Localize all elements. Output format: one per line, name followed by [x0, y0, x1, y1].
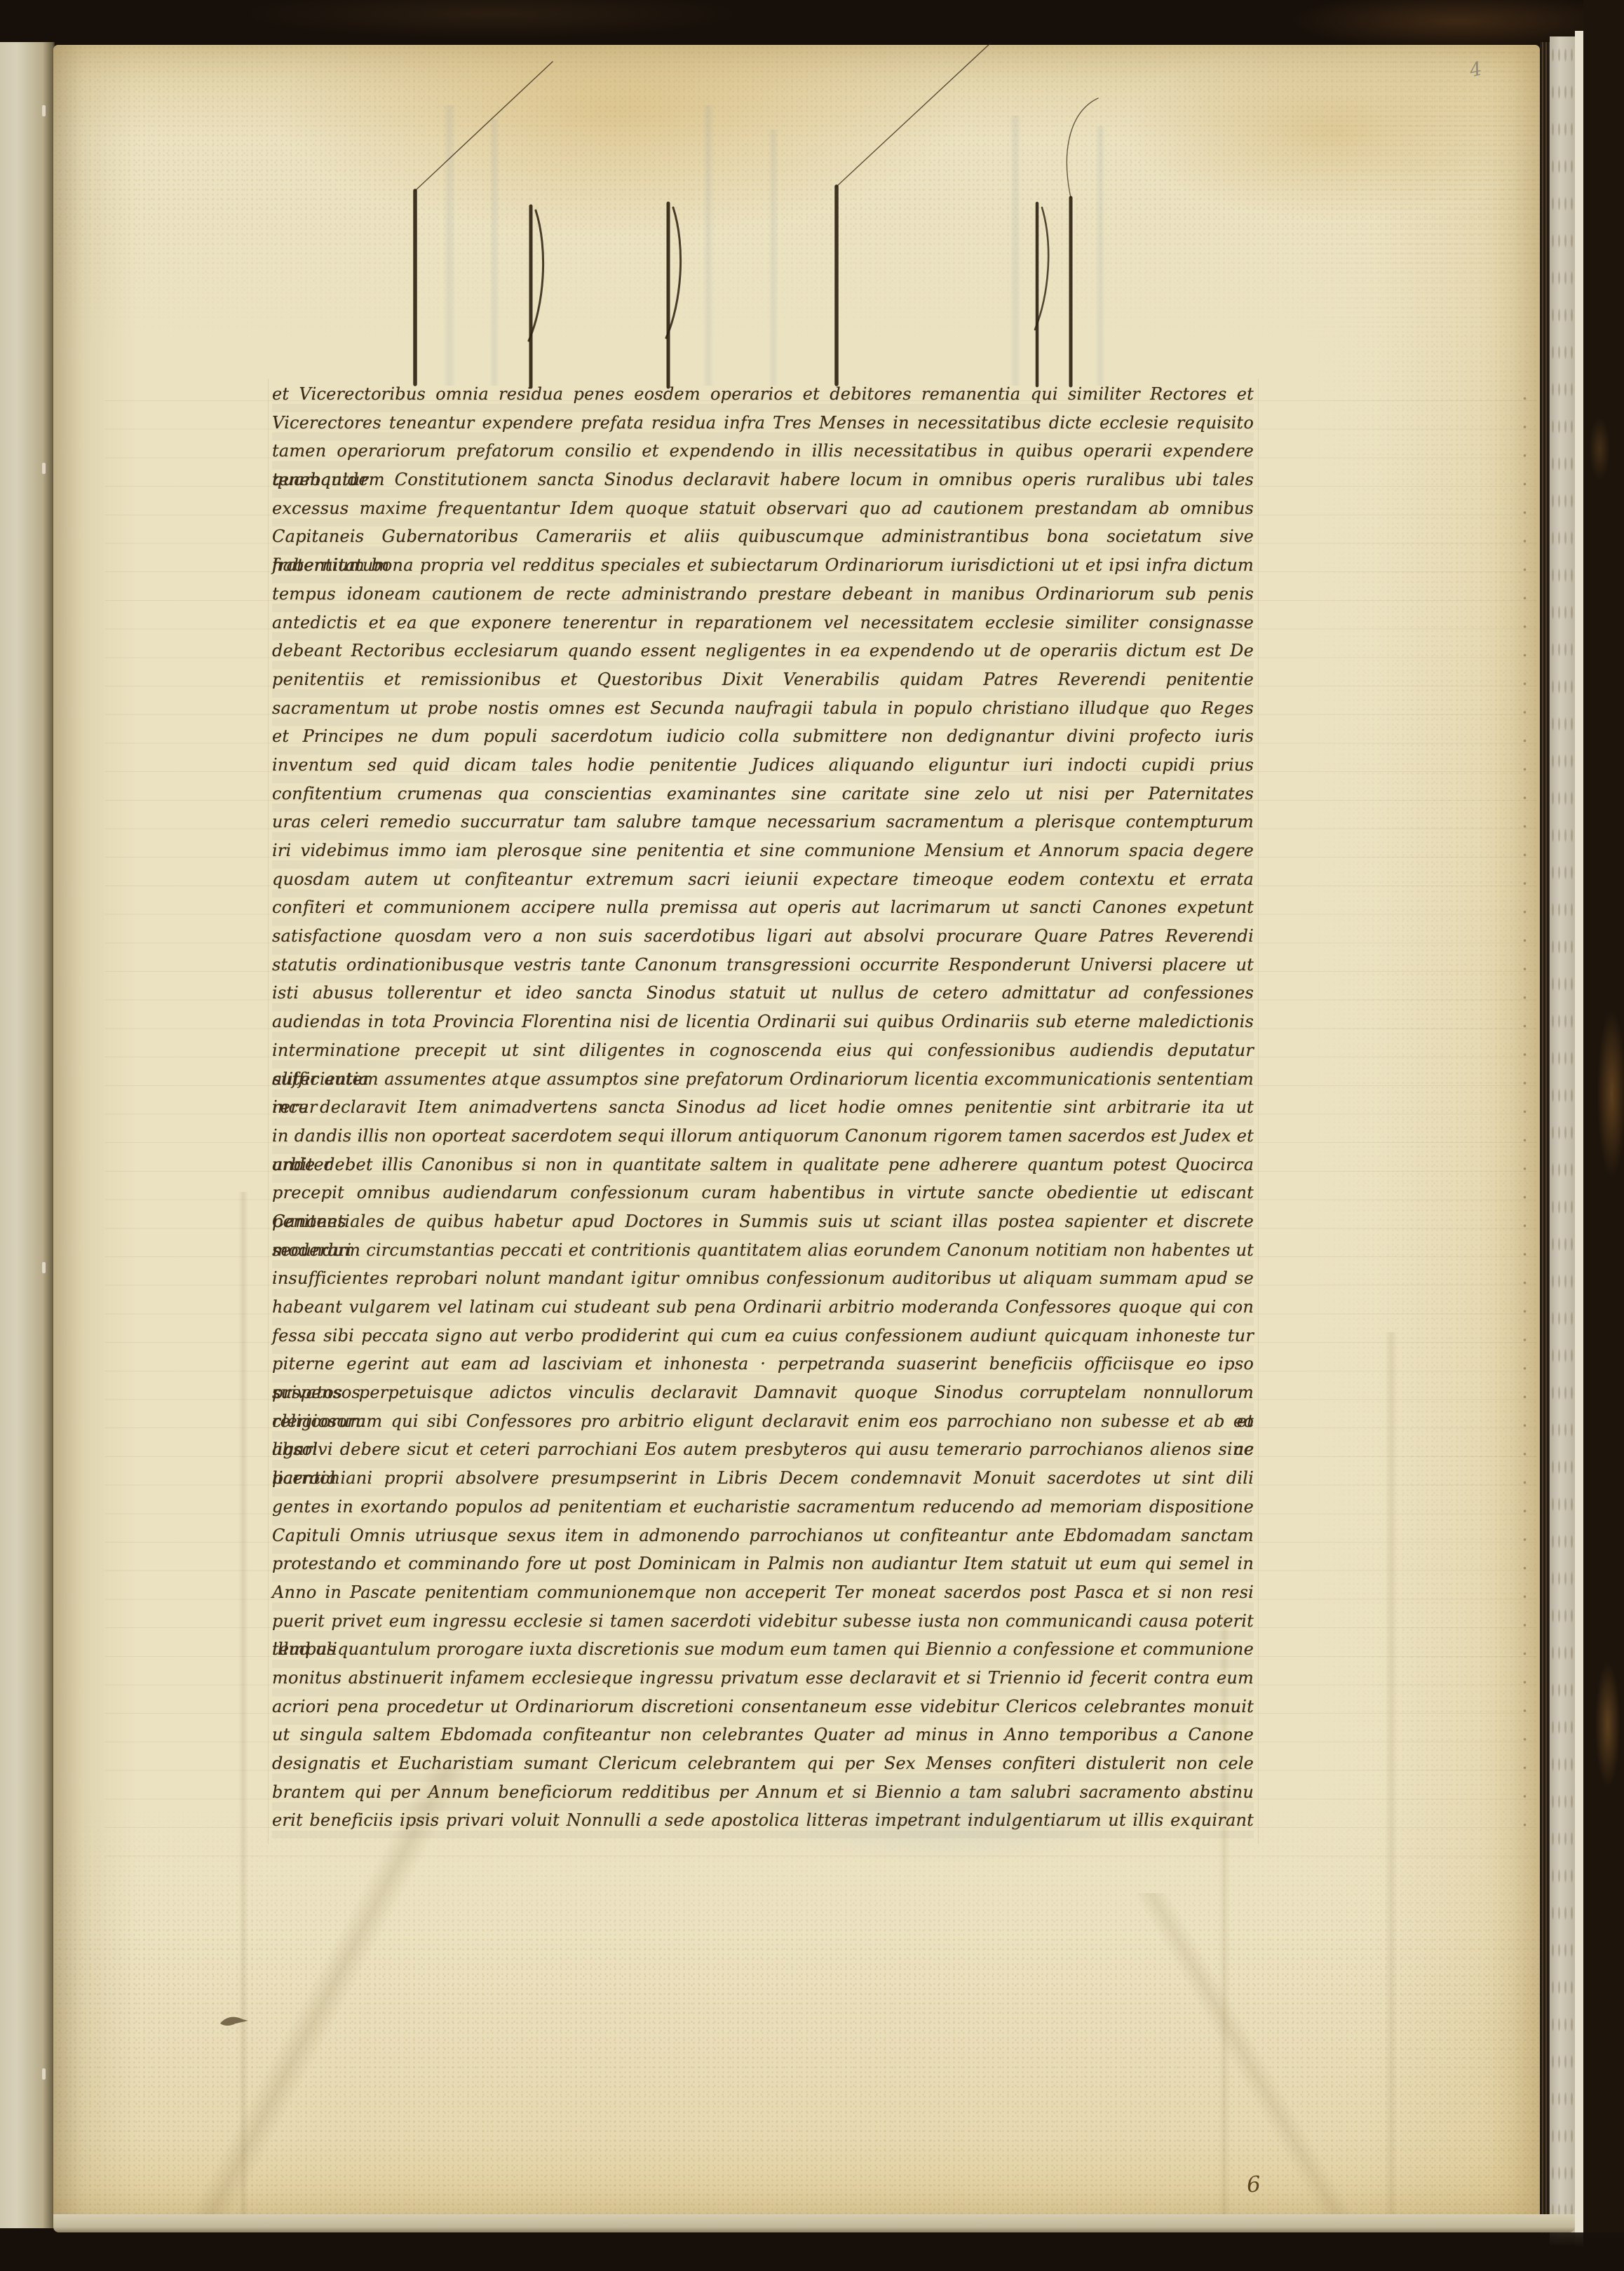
- text-line: Vicerectores teneantur expendere prefata…: [272, 409, 1254, 438]
- text-line: absolvi debere sicut et ceteri parrochia…: [272, 1435, 1254, 1464]
- top-shadow: [0, 0, 1624, 45]
- text-line: confiteri et communionem accipere nulla …: [272, 893, 1254, 922]
- sewing-stitch: [42, 463, 46, 474]
- text-line: isti abusus tollerentur et ideo sancta S…: [272, 979, 1254, 1008]
- text-line: statutis ordinationibusque vestris tante…: [272, 951, 1254, 979]
- text-line: tempus idoneam cautionem de recte admini…: [272, 580, 1254, 609]
- show-through-stroke: [443, 105, 456, 386]
- text-line: privatos perpetuisque adictos vinculis d…: [272, 1378, 1254, 1407]
- show-through-stroke: [1010, 116, 1021, 386]
- fore-edge: [1550, 36, 1575, 2245]
- text-line: puerit privet eum ingressu ecclesie si t…: [272, 1607, 1254, 1636]
- manuscript-photo: { "page": { "folio_number_pencil": "4", …: [0, 0, 1624, 2271]
- text-line: quamquidem Constitutionem sancta Sinodus…: [272, 466, 1254, 494]
- text-line: illud aliquantulum prorogare iuxta discr…: [272, 1635, 1254, 1664]
- text-line: ut singula saltem Ebdomada confiteantur …: [272, 1721, 1254, 1749]
- pricking-holes: [1523, 384, 1527, 1850]
- bottom-shadow: [0, 2232, 1624, 2271]
- text-line: sacramentum ut probe nostis omnes est Se…: [272, 694, 1254, 723]
- text-line: confitentium crumenas qua conscientias e…: [272, 780, 1254, 808]
- page-bottom-edge: [53, 2214, 1575, 2232]
- text-line: Capitaneis Gubernatoribus Camerariis et …: [272, 522, 1254, 551]
- text-line: debeant Rectoribus ecclesiarum quando es…: [272, 637, 1254, 665]
- text-line: piterne egerint aut eam ad lasciviam et …: [272, 1350, 1254, 1378]
- page-edge-stack: [1540, 42, 1550, 2234]
- text-line: rere declaravit Item animadvertens sanct…: [272, 1093, 1254, 1122]
- text-line: tamen operariorum prefatorum consilio et…: [272, 437, 1254, 466]
- leather-binding: [1583, 0, 1624, 2271]
- text-line: insufficientes reprobari nolunt mandant …: [272, 1264, 1254, 1293]
- text-line: et Principes ne dum populi sacerdotum iu…: [272, 722, 1254, 751]
- text-line: quosdam autem ut confiteantur extremum s…: [272, 865, 1254, 894]
- text-line: uras celeri remedio succurratur tam salu…: [272, 808, 1254, 836]
- text-line: in dandis illis non oporteat sacerdotem …: [272, 1122, 1254, 1151]
- text-line: unde debet illis Canonibus si non in qua…: [272, 1151, 1254, 1179]
- ruling-bound-left: [268, 379, 269, 1844]
- flyleaf-edge: [1575, 31, 1583, 2253]
- text-line: fessa sibi peccata signo aut verbo prodi…: [272, 1322, 1254, 1350]
- text-line: iri videbimus immo iam plerosque sine pe…: [272, 836, 1254, 865]
- text-line: habeant vulgarem vel latinam cui studean…: [272, 1293, 1254, 1322]
- text-line: secundum circumstantias peccati et contr…: [272, 1236, 1254, 1265]
- text-line: habentium bona propria vel redditus spec…: [272, 551, 1254, 580]
- quire-mark: 6: [1246, 2171, 1261, 2197]
- text-line: protestando et comminando fore ut post D…: [272, 1550, 1254, 1578]
- text-line: penitentiis et remissionibus et Questori…: [272, 665, 1254, 694]
- text-line: Anno in Pascate penitentiam communionemq…: [272, 1578, 1254, 1607]
- show-through-stroke: [1095, 126, 1105, 386]
- text-line: parrochiani proprii absolvere presumpser…: [272, 1464, 1254, 1493]
- text-line: designatis et Eucharistiam sumant Cleric…: [272, 1749, 1254, 1778]
- text-line: penitentiales de quibus habetur apud Doc…: [272, 1207, 1254, 1236]
- text-line: religiosorum qui sibi Confessores pro ar…: [272, 1407, 1254, 1436]
- sewing-stitch: [42, 105, 46, 116]
- text-line: et Vicerectoribus omnia residua penes eo…: [272, 380, 1254, 409]
- text-line: precepit omnibus audiendarum confessionu…: [272, 1179, 1254, 1207]
- text-line: Capituli Omnis utriusque sexus item in a…: [272, 1521, 1254, 1550]
- text-line: antedictis et ea que exponere tenerentur…: [272, 609, 1254, 637]
- show-through-stroke: [489, 119, 499, 386]
- text-line: brantem qui per Annum beneficiorum reddi…: [272, 1778, 1254, 1807]
- text-line: acriori pena procedetur ut Ordinariorum …: [272, 1693, 1254, 1721]
- text-line: inventum sed quid dicam tales hodie peni…: [272, 751, 1254, 780]
- facing-page-edge: [0, 42, 55, 2228]
- manuscript-text-block: et Vicerectoribus omnia residua penes eo…: [272, 380, 1254, 1835]
- text-line: erit beneficiis ipsis privari voluit Non…: [272, 1806, 1254, 1835]
- text-line: interminatione precepit ut sint diligent…: [272, 1036, 1254, 1065]
- text-line: excessus maxime frequentantur Idem quoqu…: [272, 494, 1254, 523]
- text-line: aliter autem assumentes atque assumptos …: [272, 1065, 1254, 1094]
- show-through-stroke: [703, 105, 714, 386]
- text-line: audiendas in tota Provincia Florentina n…: [272, 1008, 1254, 1036]
- sewing-stitch: [42, 1262, 46, 1273]
- ruling-bound-right: [1258, 379, 1259, 1844]
- text-line: satisfactione quosdam vero a non suis sa…: [272, 922, 1254, 951]
- show-through-stroke: [769, 130, 778, 386]
- sewing-stitch: [42, 2068, 46, 2080]
- text-line: gentes in exortando populos ad penitenti…: [272, 1493, 1254, 1521]
- text-line: monitus abstinuerit infamem ecclesieque …: [272, 1664, 1254, 1693]
